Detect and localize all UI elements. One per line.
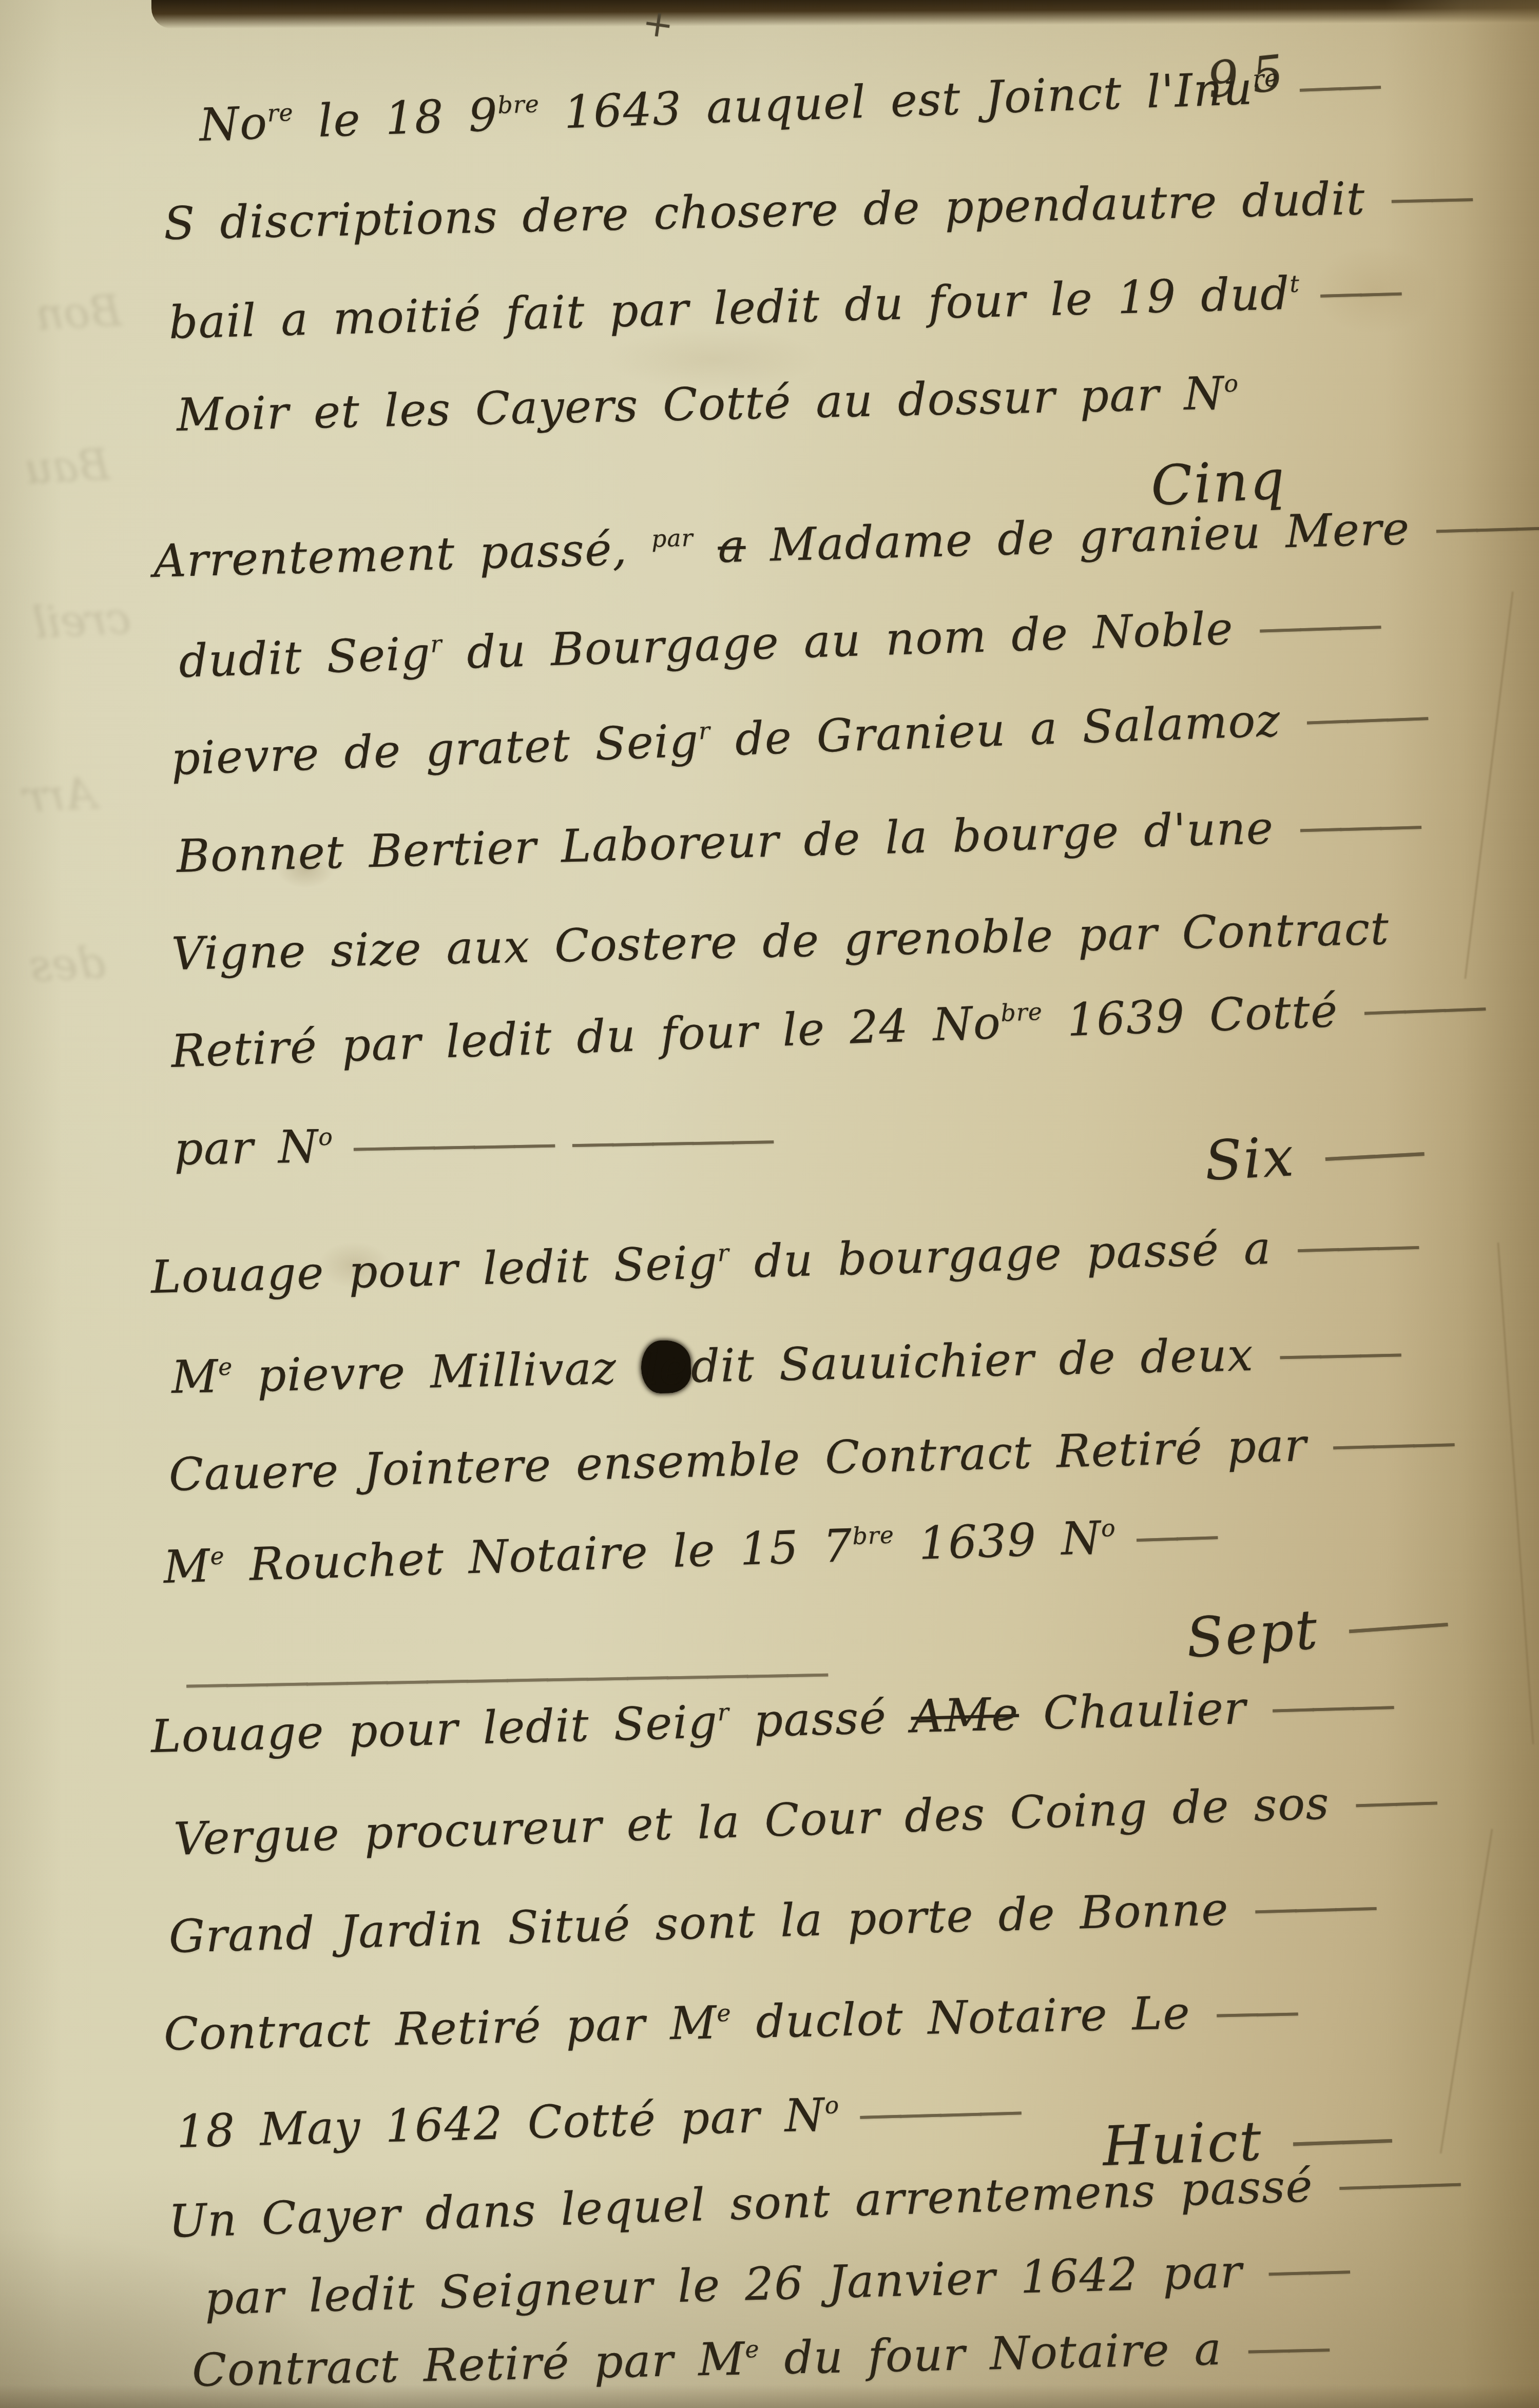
text-segment: No [199,96,268,151]
superscript: o [1224,370,1239,398]
filler-dash: ——— [1304,689,1426,746]
superscript: bre [497,90,540,119]
text-segment: pievre de gratet Seig [170,714,700,785]
text-segment [693,520,719,573]
filler-dash: —— [1389,170,1470,224]
text-segment: Un Cayer dans lequel sont arrentemens pa… [168,2158,1338,2248]
text-segment: Moir et les Cayers Cotté au dossur par N [176,366,1225,441]
filler-dash: ————— ————— [333,1112,771,1173]
manuscript-line: pievre de gratet Seigr de Granieu a Sala… [170,693,1426,782]
manuscript-line: Louage pour ledit Seigr du bourgage pass… [150,1222,1416,1300]
manuscript-line: Contract Retiré par Me du four Notaire a… [191,2324,1327,2393]
superscript: r [698,717,711,745]
text-segment: dudit Seig [178,627,432,688]
filler-dash: —— [1278,57,1378,114]
filler-dash: ———— [839,2083,1019,2141]
superscript: bre [852,1521,895,1550]
text-segment: Arrentement passé, [152,522,652,588]
superscript: t [1290,270,1300,297]
text-segment: le 18 9 [293,88,498,148]
filler-dash: —— [1299,264,1399,319]
text-segment: Retiré par ledit du four le 24 No [170,996,1002,1078]
text-segment: Louage pour ledit Seig [150,1236,718,1304]
text-segment: du bourgage passé a [729,1221,1297,1289]
filler-dash: ——— [1257,597,1379,654]
filler-dash: ——— [1253,1879,1374,1935]
text-segment: 18 May 1642 Cotté par N [176,2088,825,2158]
manuscript-line: Vigne size aux Costere de grenoble par C… [171,906,1390,977]
filler-dash: —— [1321,1118,1423,1187]
text-segment: Madame de granieu Mere [745,501,1435,572]
filler-dash: —— [1353,1773,1435,1829]
superscript: e [745,2336,760,2363]
filler-dash: ——— [1361,979,1483,1036]
manuscript-line: S discriptions dere chosere de ppendautr… [163,174,1470,246]
manuscript-line: par No ————— ————— [174,1116,771,1172]
text-segment: duclot Notaire Le [731,1986,1216,2049]
text-segment: Contract Retiré par M [163,1996,718,2061]
item-number: Six —— [1203,1123,1422,1189]
superscript: r [717,1699,729,1726]
superscript: e [717,1999,732,2027]
superscript: re [267,99,294,127]
text-segment: de Granieu a Salamoz [710,693,1306,766]
text-segment: Rouchet Notaire le 15 7 [224,1519,854,1591]
text-segment: 1643 auquel est Joinct l'Inu [539,62,1254,139]
text-segment: par ledit Seigneur le 26 Janvier 1642 pa… [204,2244,1267,2325]
superscript: o [1101,1514,1116,1542]
manuscript-line: dudit Seigr du Bourgage au nom de Noble … [178,601,1378,684]
text-segment: dit Sauuichier de deux [690,1328,1279,1393]
superscript: r [717,1239,729,1267]
manuscript-line: Nore le 18 9bre 1643 auquel est Joinct l… [199,62,1378,148]
struck-word: a [717,519,746,573]
text-segment: Six [1203,1123,1324,1193]
text-segment: 1639 N [894,1511,1102,1571]
struck-word: AMe [910,1687,1019,1743]
manuscript-line: Bonnet Bertier Laboreur de la bourge d'u… [176,802,1419,879]
manuscript-line: Grand Jardin Situé sont la porte de Bonn… [168,1883,1374,1959]
filler-dash: ——— [1277,1325,1398,1381]
text-segment: pievre Millivaz [233,1341,642,1403]
page-left-shading [0,0,62,2408]
text-segment: S discriptions dere chosere de ppendautr… [163,171,1390,250]
filler-dash: ——— [1270,1678,1392,1734]
manuscript-line: Cauere Jointere ensemble Contract Retiré… [168,1419,1452,1498]
manuscript-line: Un Cayer dans lequel sont arrentemens pa… [168,2159,1458,2244]
manuscript-line: Me Rouchet Notaire le 15 7bre 1639 No —— [163,1512,1215,1590]
manuscript-line: bail a moitié fait par ledit du four le … [168,268,1399,345]
filler-dash: —— [1115,1508,1215,1564]
superscript: par [651,525,694,553]
manuscript-line: Vergue procureur et la Cour des Coing de… [173,1777,1435,1862]
filler-dash: —— [1214,1984,1295,2038]
superscript: o [318,1123,333,1151]
text-segment: 1639 Cotté [1042,983,1363,1047]
filler-dash: —— [1246,2320,1327,2375]
superscript: r [430,630,443,658]
page-curl-shadow [1385,0,1539,2408]
text-segment: passé [729,1690,912,1747]
text-segment: M [163,1539,211,1594]
manuscript-line: 18 May 1642 Cotté par No ———— [176,2087,1019,2154]
superscript: e [218,1353,233,1381]
superscript: e [210,1542,225,1570]
filler-dash: ——— [1298,798,1419,853]
filler-dash: ——— [1337,2154,1458,2211]
page-top-edge [151,0,1539,29]
manuscript-line: Me pievre Millivaz ledit Sauuichier de d… [171,1329,1398,1400]
text-segment: du four Notaire a [759,2322,1247,2385]
text-segment: par N [174,1120,319,1175]
manuscript-line: par ledit Seigneur le 26 Janvier 1642 pa… [204,2246,1348,2321]
filler-dash: ——— [1434,498,1539,554]
text-segment: M [171,1350,219,1404]
superscript: bre [1001,998,1043,1027]
margin-cross-mark: + [640,0,676,47]
text-segment: Bonnet Bertier Laboreur de la bourge d'u… [176,801,1299,883]
manuscript-page: + 95 Nore le 18 9bre 1643 auquel est Joi… [0,0,1539,2408]
text-segment: Grand Jardin Situé sont la porte de Bonn… [168,1882,1254,1963]
filler-dash: ——— [1295,1218,1417,1274]
text-segment: Cauere Jointere ensemble Contract Retiré… [168,1418,1332,1501]
text-segment: Vigne size aux Costere de grenoble par C… [171,902,1390,980]
manuscript-line: Contract Retiré par Me duclot Notaire Le… [163,1988,1295,2057]
superscript: re [1252,65,1279,93]
filler-dash: —— [1266,2242,1348,2297]
text-segment: du Bourgage au nom de Noble [441,601,1259,679]
filler-dash: —— [1344,1589,1447,1659]
filler-dash: ——— [1331,1415,1452,1471]
superscript: o [824,2091,840,2119]
item-number: Cinq [1149,452,1287,514]
manuscript-line: Arrentement passé, par a Madame de grani… [153,502,1539,584]
ink-blot-word: le [641,1340,691,1394]
text-segment: Vergue procureur et la Cour des Coing de… [173,1776,1355,1866]
manuscript-line: Moir et les Cayers Cotté au dossur par N… [176,371,1239,438]
text-segment: Sept [1184,1596,1349,1669]
manuscript-line: Retiré par ledit du four le 24 Nobre 163… [170,983,1483,1074]
text-segment: Chaulier [1018,1681,1272,1740]
